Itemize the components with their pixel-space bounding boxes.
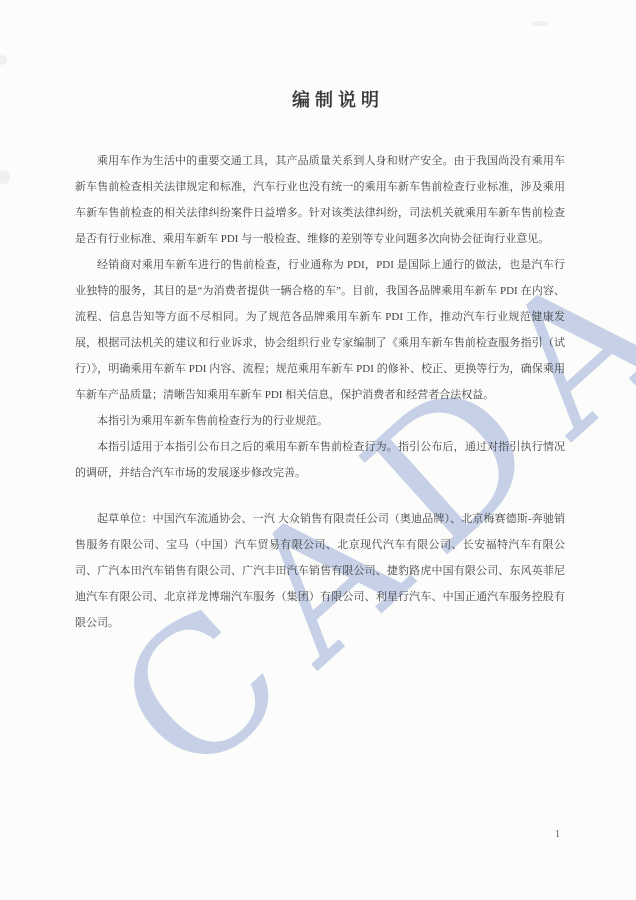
paragraph-pdi-background: 经销商对乘用车新车进行的售前检查，行业通称为 PDI，PDI 是国际上通行的做法… (75, 252, 565, 408)
scan-smudge (0, 55, 7, 65)
scan-smudge (532, 21, 548, 26)
paragraph-applicability: 本指引适用于本指引公布日之后的乘用车新车售前检查行为。指引公布后，通过对指引执行… (75, 434, 565, 486)
document-body: 乘用车作为生活中的重要交通工具，其产品质量关系到人身和财产安全。由于我国尚没有乘… (75, 148, 565, 636)
page-title: 编制说明 (20, 86, 636, 112)
page-number: 1 (555, 829, 560, 840)
paragraph-intro: 乘用车作为生活中的重要交通工具，其产品质量关系到人身和财产安全。由于我国尚没有乘… (75, 148, 565, 252)
paragraph-drafting-organizations: 起草单位：中国汽车流通协会、一汽 大众销售有限责任公司（奥迪品牌）、北京梅赛德斯… (75, 506, 565, 636)
paragraph-scope-statement: 本指引为乘用车新车售前检查行为的行业规范。 (75, 408, 565, 434)
document-page: CADA 编制说明 乘用车作为生活中的重要交通工具，其产品质量关系到人身和财产安… (0, 0, 636, 900)
scan-smudge (0, 170, 10, 184)
